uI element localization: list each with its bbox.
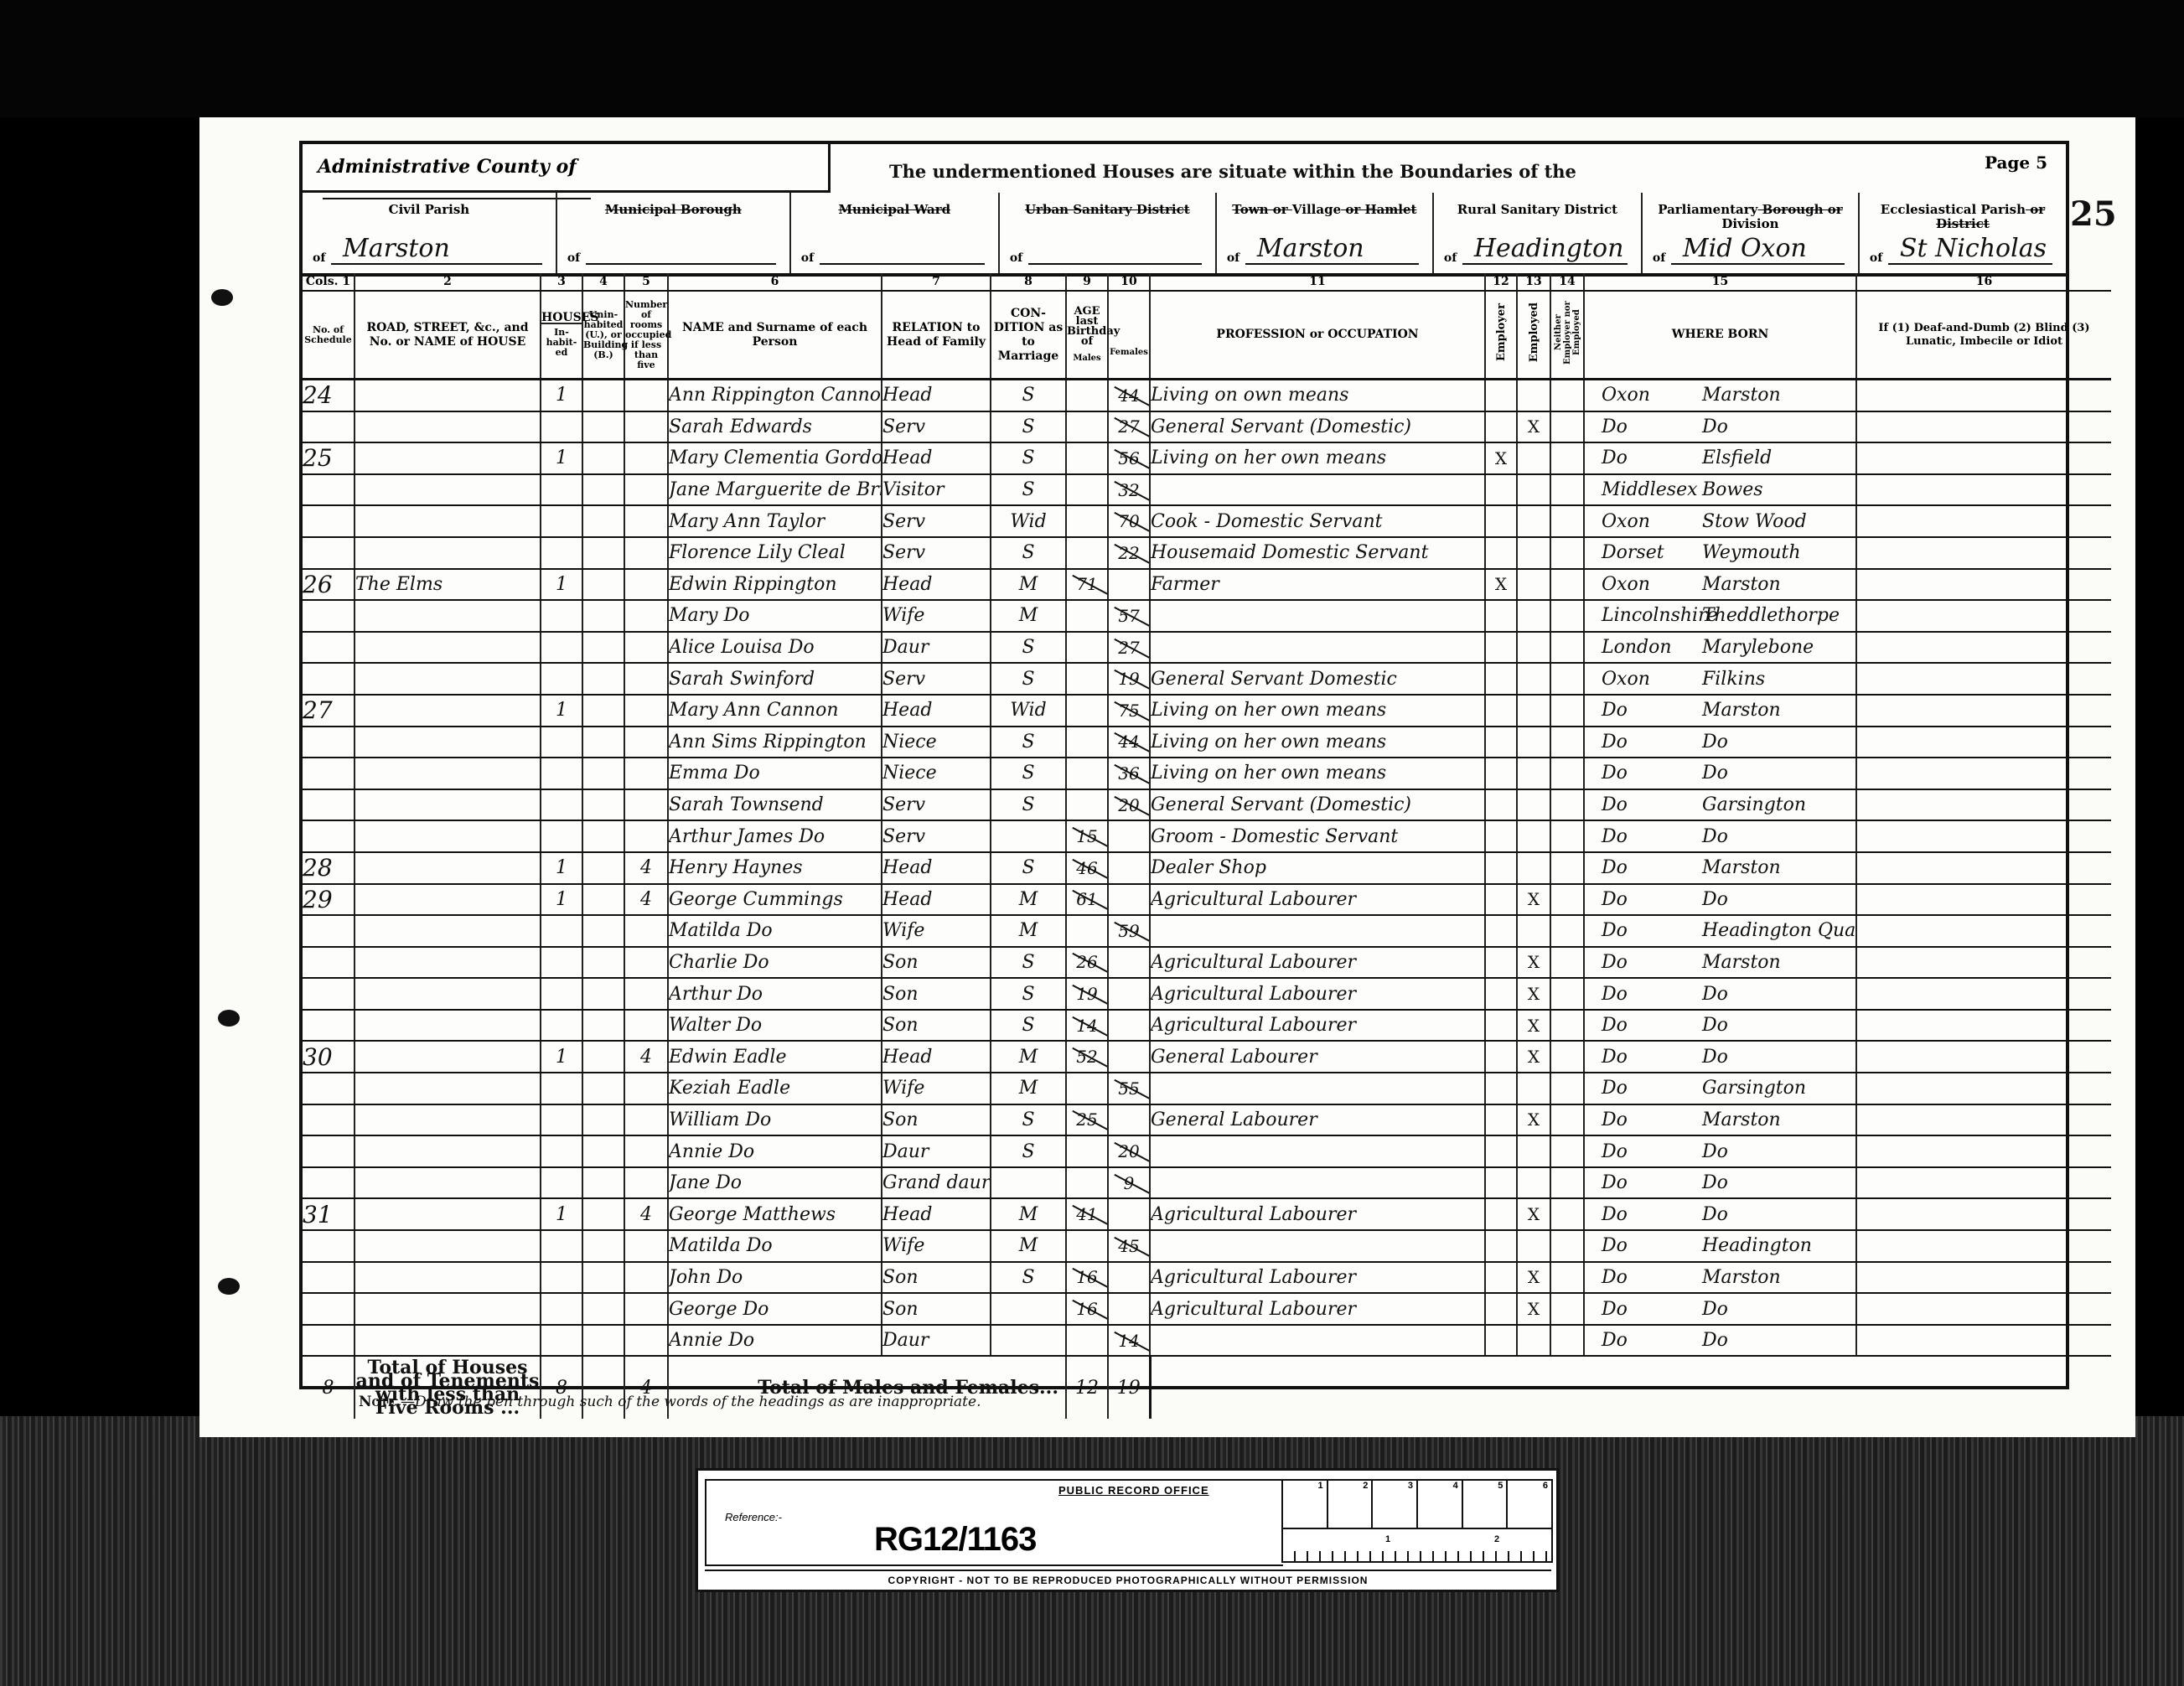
relation-to-head: Son (882, 947, 991, 979)
rooms-count (624, 505, 668, 537)
where-born: DoDo (1584, 758, 1856, 789)
person-name: George Do (668, 1293, 882, 1325)
infirmity (1856, 758, 2111, 789)
column-number: 15 (1584, 273, 1856, 291)
infirmity (1856, 411, 2111, 443)
uninhabited-mark (582, 978, 624, 1010)
marital-condition (991, 1325, 1066, 1357)
census-row: Keziah EadleWifeM55DoGarsington (303, 1073, 2111, 1104)
uninhabited-mark (582, 820, 624, 852)
house-name (355, 1135, 541, 1167)
employer-mark (1485, 852, 1517, 884)
occupation: Living on her own means (1150, 758, 1485, 789)
neither-mark (1550, 600, 1584, 632)
house-name (355, 695, 541, 727)
column-number: 11 (1150, 273, 1485, 291)
employer-mark: X (1485, 569, 1517, 601)
copyright-notice: COPYRIGHT - NOT TO BE REPRODUCED PHOTOGR… (705, 1570, 1551, 1586)
employed-mark: X (1517, 947, 1550, 979)
header-infirmity: If (1) Deaf-and-Dumb (2) Blind (3) Lunat… (1856, 291, 2111, 380)
marital-condition: M (991, 1230, 1066, 1262)
employed-mark: X (1517, 978, 1550, 1010)
employer-mark (1485, 758, 1517, 789)
infirmity (1856, 1325, 2111, 1357)
where-born: DoDo (1584, 727, 1856, 758)
employer-mark (1485, 947, 1517, 979)
male-age: 25 (1066, 1104, 1108, 1136)
district-title: Town or Village or Hamlet (1217, 203, 1432, 217)
infirmity (1856, 442, 2111, 474)
marital-condition: S (991, 789, 1066, 821)
total-blank (1150, 1356, 2111, 1419)
administrative-county: Administrative County of (303, 144, 831, 193)
uninhabited-mark (582, 411, 624, 443)
census-row: Arthur DoSonS19Agricultural LabourerXDoD… (303, 978, 2111, 1010)
header-employer: Employer (1485, 291, 1517, 380)
relation-to-head: Wife (882, 1230, 991, 1262)
census-row: Mary Ann TaylorServWid70Cook - Domestic … (303, 505, 2111, 537)
relation-to-head: Head (882, 852, 991, 884)
person-name: Mary Do (668, 600, 882, 632)
uninhabited-mark (582, 884, 624, 916)
where-born: LondonMarylebone (1584, 632, 1856, 664)
employer-mark (1485, 632, 1517, 664)
uninhabited-mark (582, 632, 624, 664)
inhabited-mark (541, 820, 582, 852)
male-age (1066, 1325, 1108, 1357)
employer-mark (1485, 1293, 1517, 1325)
where-born: DoDo (1584, 1041, 1856, 1073)
inhabited-mark (541, 1262, 582, 1294)
neither-mark (1550, 663, 1584, 695)
district-value (586, 263, 776, 265)
person-name: Matilda Do (668, 1230, 882, 1262)
rooms-count: 4 (624, 1041, 668, 1073)
male-age (1066, 789, 1108, 821)
employed-mark (1517, 1073, 1550, 1104)
rooms-count (624, 474, 668, 506)
rooms-count (624, 1135, 668, 1167)
of-label: of (1870, 251, 1882, 265)
employer-mark (1485, 1230, 1517, 1262)
employed-mark (1517, 474, 1550, 506)
employed-mark: X (1517, 1198, 1550, 1230)
person-name: Mary Clementia Gordon (668, 442, 882, 474)
of-label: of (567, 251, 580, 265)
house-name (355, 600, 541, 632)
female-age: 9 (1108, 1167, 1150, 1199)
person-name: Henry Haynes (668, 852, 882, 884)
male-age: 26 (1066, 947, 1108, 979)
schedule-number (303, 663, 355, 695)
schedule-number (303, 1230, 355, 1262)
inhabited-mark (541, 663, 582, 695)
marital-condition: Wid (991, 695, 1066, 727)
neither-mark (1550, 978, 1584, 1010)
person-name: George Cummings (668, 884, 882, 916)
female-age (1108, 1262, 1150, 1294)
uninhabited-mark (582, 1104, 624, 1136)
neither-mark (1550, 569, 1584, 601)
district-value: St Nicholas (1888, 235, 2052, 265)
rooms-count (624, 947, 668, 979)
house-name (355, 1325, 541, 1357)
marital-condition: M (991, 1041, 1066, 1073)
district-field: Town or Village or HamletofMarston (1217, 193, 1434, 273)
male-age (1066, 1073, 1108, 1104)
neither-mark (1550, 820, 1584, 852)
male-age (1066, 537, 1108, 569)
female-age: 75 (1108, 695, 1150, 727)
relation-to-head: Head (882, 1041, 991, 1073)
female-age (1108, 1104, 1150, 1136)
uninhabited-mark (582, 695, 624, 727)
inhabited-mark (541, 411, 582, 443)
schedule-number (303, 600, 355, 632)
census-row: Sarah TownsendServS20General Servant (Do… (303, 789, 2111, 821)
occupation: Agricultural Labourer (1150, 947, 1485, 979)
inhabited-mark (541, 758, 582, 789)
person-name: George Matthews (668, 1198, 882, 1230)
female-age: 45 (1108, 1230, 1150, 1262)
house-name (355, 852, 541, 884)
male-age (1066, 915, 1108, 947)
employed-mark: X (1517, 1104, 1550, 1136)
schedule-number (303, 1073, 355, 1104)
employed-mark: X (1517, 1041, 1550, 1073)
census-row: Florence Lily ClealServS22Housemaid Dome… (303, 537, 2111, 569)
schedule-number (303, 474, 355, 506)
neither-mark (1550, 411, 1584, 443)
female-age (1108, 947, 1150, 979)
marital-condition: S (991, 632, 1066, 664)
occupation: Farmer (1150, 569, 1485, 601)
of-label: of (313, 251, 325, 265)
inhabited-mark (541, 1167, 582, 1199)
infirmity (1856, 663, 2111, 695)
where-born: DoDo (1584, 978, 1856, 1010)
employer-mark (1485, 1325, 1517, 1357)
schedule-number (303, 947, 355, 979)
employer-mark (1485, 537, 1517, 569)
relation-to-head: Serv (882, 789, 991, 821)
census-row: John DoSonS16Agricultural LabourerXDoMar… (303, 1262, 2111, 1294)
female-age (1108, 820, 1150, 852)
infirmity (1856, 632, 2111, 664)
employed-mark (1517, 789, 1550, 821)
occupation: Agricultural Labourer (1150, 884, 1485, 916)
census-row: 26The Elms1Edwin RippingtonHeadM71Farmer… (303, 569, 2111, 601)
person-name: Jane Marguerite de Brisay (668, 474, 882, 506)
census-rows: 241Ann Rippington CannonHeadS44Living on… (303, 380, 2111, 1357)
district-value: Headington (1462, 235, 1628, 265)
marital-condition: M (991, 915, 1066, 947)
occupation (1150, 600, 1485, 632)
employed-mark (1517, 1230, 1550, 1262)
marital-condition: S (991, 411, 1066, 443)
infirmity (1856, 1262, 2111, 1294)
uninhabited-mark (582, 1262, 624, 1294)
uninhabited-mark (582, 1167, 624, 1199)
employer-mark (1485, 789, 1517, 821)
district-value: Marston (331, 235, 542, 265)
marital-condition: M (991, 569, 1066, 601)
inhabited-mark: 1 (541, 380, 582, 411)
header-where-born: WHERE BORN (1584, 291, 1856, 380)
header-name: NAME and Surname of each Person (668, 291, 882, 380)
female-age: 57 (1108, 600, 1150, 632)
inhabited-mark (541, 632, 582, 664)
schedule-number (303, 758, 355, 789)
rooms-count (624, 1325, 668, 1357)
house-name (355, 1073, 541, 1104)
inhabited-mark (541, 789, 582, 821)
house-name (355, 915, 541, 947)
relation-to-head: Head (882, 1198, 991, 1230)
census-table: Cols. 12345678910111213141516 No. of Sch… (303, 273, 2111, 1419)
female-age (1108, 1293, 1150, 1325)
female-age: 70 (1108, 505, 1150, 537)
column-number: 3 (541, 273, 582, 291)
where-born: DoMarston (1584, 1104, 1856, 1136)
occupation: General Servant (Domestic) (1150, 411, 1485, 443)
where-born: OxonStow Wood (1584, 505, 1856, 537)
rooms-count: 4 (624, 852, 668, 884)
employed-mark (1517, 852, 1550, 884)
employer-mark (1485, 1198, 1517, 1230)
employed-mark: X (1517, 1010, 1550, 1042)
inhabited-mark (541, 915, 582, 947)
where-born: DoDo (1584, 1325, 1856, 1357)
census-row: Alice Louisa DoDaurS27LondonMarylebone (303, 632, 2111, 664)
district-field: Ecclesiastical Parish or DistrictofSt Ni… (1860, 193, 2066, 273)
relation-to-head: Serv (882, 505, 991, 537)
occupation: General Servant Domestic (1150, 663, 1485, 695)
uninhabited-mark (582, 947, 624, 979)
employed-mark (1517, 600, 1550, 632)
neither-mark (1550, 947, 1584, 979)
infirmity (1856, 820, 2111, 852)
relation-to-head: Wife (882, 1073, 991, 1104)
census-row: Mary DoWifeM57LincolnshireTheddlethorpe (303, 600, 2111, 632)
where-born: MiddlesexBowes (1584, 474, 1856, 506)
relation-to-head: Serv (882, 537, 991, 569)
schedule-number (303, 411, 355, 443)
marital-condition: M (991, 1073, 1066, 1104)
where-born: DoGarsington (1584, 1073, 1856, 1104)
of-label: of (1227, 251, 1239, 265)
uninhabited-mark (582, 1230, 624, 1262)
occupation: Agricultural Labourer (1150, 1010, 1485, 1042)
relation-to-head: Son (882, 1262, 991, 1294)
infirmity (1856, 852, 2111, 884)
inhabited-mark (541, 1104, 582, 1136)
rooms-count (624, 695, 668, 727)
schedule-number: 24 (303, 380, 355, 411)
relation-to-head: Head (882, 442, 991, 474)
marital-condition (991, 1293, 1066, 1325)
schedule-number (303, 820, 355, 852)
employer-mark (1485, 978, 1517, 1010)
infirmity (1856, 1135, 2111, 1167)
person-name: Annie Do (668, 1325, 882, 1357)
where-born: DoElsfield (1584, 442, 1856, 474)
relation-to-head: Serv (882, 663, 991, 695)
district-title: Municipal Borough (557, 203, 789, 217)
person-name: Sarah Swinford (668, 663, 882, 695)
uninhabited-mark (582, 789, 624, 821)
infirmity (1856, 474, 2111, 506)
column-number: 9 (1066, 273, 1108, 291)
header-occupation: PROFESSION or OCCUPATION (1150, 291, 1485, 380)
employed-mark (1517, 915, 1550, 947)
where-born: DoMarston (1584, 1262, 1856, 1294)
measurement-scale: 123456 12 (1281, 1479, 1553, 1563)
schedule-number (303, 978, 355, 1010)
female-age: 59 (1108, 915, 1150, 947)
person-name: Emma Do (668, 758, 882, 789)
header-uninhabited: Unin-habited (U.), or Building (B.) (582, 291, 624, 380)
male-age (1066, 1230, 1108, 1262)
rooms-count (624, 1230, 668, 1262)
employer-mark (1485, 727, 1517, 758)
neither-mark (1550, 758, 1584, 789)
occupation (1150, 1073, 1485, 1104)
male-age (1066, 474, 1108, 506)
female-age: 44 (1108, 727, 1150, 758)
uninhabited-mark (582, 663, 624, 695)
scale-mark: 1 (1385, 1534, 1390, 1544)
occupation: Dealer Shop (1150, 852, 1485, 884)
uninhabited-mark (582, 727, 624, 758)
occupation: General Labourer (1150, 1041, 1485, 1073)
female-age (1108, 1041, 1150, 1073)
inhabited-mark: 1 (541, 884, 582, 916)
female-age: 27 (1108, 632, 1150, 664)
inhabited-mark (541, 474, 582, 506)
female-age (1108, 569, 1150, 601)
neither-mark (1550, 474, 1584, 506)
infirmity (1856, 695, 2111, 727)
uninhabited-mark (582, 1293, 624, 1325)
marital-condition: Wid (991, 505, 1066, 537)
district-title: Civil Parish (303, 203, 556, 217)
employed-mark: X (1517, 1262, 1550, 1294)
neither-mark (1550, 380, 1584, 411)
infirmity (1856, 884, 2111, 916)
employer-mark (1485, 915, 1517, 947)
neither-mark (1550, 1041, 1584, 1073)
schedule-number (303, 1325, 355, 1357)
relation-to-head: Wife (882, 915, 991, 947)
person-name: Alice Louisa Do (668, 632, 882, 664)
scale-mark: 3 (1373, 1481, 1418, 1528)
census-row: 271Mary Ann CannonHeadWid75Living on her… (303, 695, 2111, 727)
employer-mark (1485, 695, 1517, 727)
female-age (1108, 978, 1150, 1010)
employer-mark (1485, 1073, 1517, 1104)
female-age: 56 (1108, 442, 1150, 474)
punch-hole-icon (218, 1278, 240, 1295)
house-name (355, 978, 541, 1010)
house-name (355, 1167, 541, 1199)
rooms-count (624, 380, 668, 411)
relation-to-head: Son (882, 978, 991, 1010)
where-born: DoDo (1584, 1167, 1856, 1199)
column-number: 5 (624, 273, 668, 291)
rooms-count (624, 727, 668, 758)
of-label: of (1010, 251, 1022, 265)
female-age (1108, 1010, 1150, 1042)
inhabited-mark: 1 (541, 442, 582, 474)
occupation (1150, 1230, 1485, 1262)
infirmity (1856, 1167, 2111, 1199)
column-number: 7 (882, 273, 991, 291)
where-born: DoHeadington (1584, 1230, 1856, 1262)
rooms-count (624, 758, 668, 789)
schedule-number (303, 915, 355, 947)
person-name: Edwin Rippington (668, 569, 882, 601)
inhabited-mark (541, 1010, 582, 1042)
district-title: Urban Sanitary District (1000, 203, 1215, 217)
folio-number: 25 (2070, 194, 2117, 234)
neither-mark (1550, 505, 1584, 537)
where-born: DoMarston (1584, 695, 1856, 727)
schedule-number: 31 (303, 1198, 355, 1230)
occupation: Living on her own means (1150, 695, 1485, 727)
of-label: of (1653, 251, 1665, 265)
neither-mark (1550, 1104, 1584, 1136)
employed-mark (1517, 442, 1550, 474)
header-neither: Neither Employer nor Employed (1550, 291, 1584, 380)
house-name (355, 789, 541, 821)
relation-to-head: Son (882, 1010, 991, 1042)
scale-mark: 6 (1508, 1481, 1551, 1528)
district-title: Municipal Ward (791, 203, 998, 217)
inhabited-mark (541, 505, 582, 537)
house-name (355, 758, 541, 789)
male-age: 52 (1066, 1041, 1108, 1073)
male-age: 61 (1066, 884, 1108, 916)
infirmity (1856, 1010, 2111, 1042)
female-age: 32 (1108, 474, 1150, 506)
inhabited-mark (541, 947, 582, 979)
district-title: Rural Sanitary District (1434, 203, 1641, 217)
scan-border-top (0, 0, 2184, 117)
boundaries-statement: The undermentioned Houses are situate wi… (889, 161, 1576, 182)
schedule-number: 29 (303, 884, 355, 916)
schedule-number (303, 1010, 355, 1042)
male-age (1066, 632, 1108, 664)
schedule-number (303, 1167, 355, 1199)
rooms-count (624, 1293, 668, 1325)
district-field: Municipal Boroughof (557, 193, 791, 273)
column-number: 6 (668, 273, 882, 291)
male-age (1066, 663, 1108, 695)
total-males: 12 (1066, 1356, 1108, 1419)
inhabited-mark (541, 537, 582, 569)
female-age: 44 (1108, 380, 1150, 411)
district-value: Mid Oxon (1671, 235, 1845, 265)
where-born: DoDo (1584, 820, 1856, 852)
where-born: DoDo (1584, 411, 1856, 443)
census-row: Jane Marguerite de BrisayVisitorS32Middl… (303, 474, 2111, 506)
header-employed: Employed (1517, 291, 1550, 380)
inhabited-mark (541, 1230, 582, 1262)
inhabited-mark: 1 (541, 1198, 582, 1230)
rooms-count (624, 915, 668, 947)
scale-mark: 1 (1283, 1481, 1328, 1528)
